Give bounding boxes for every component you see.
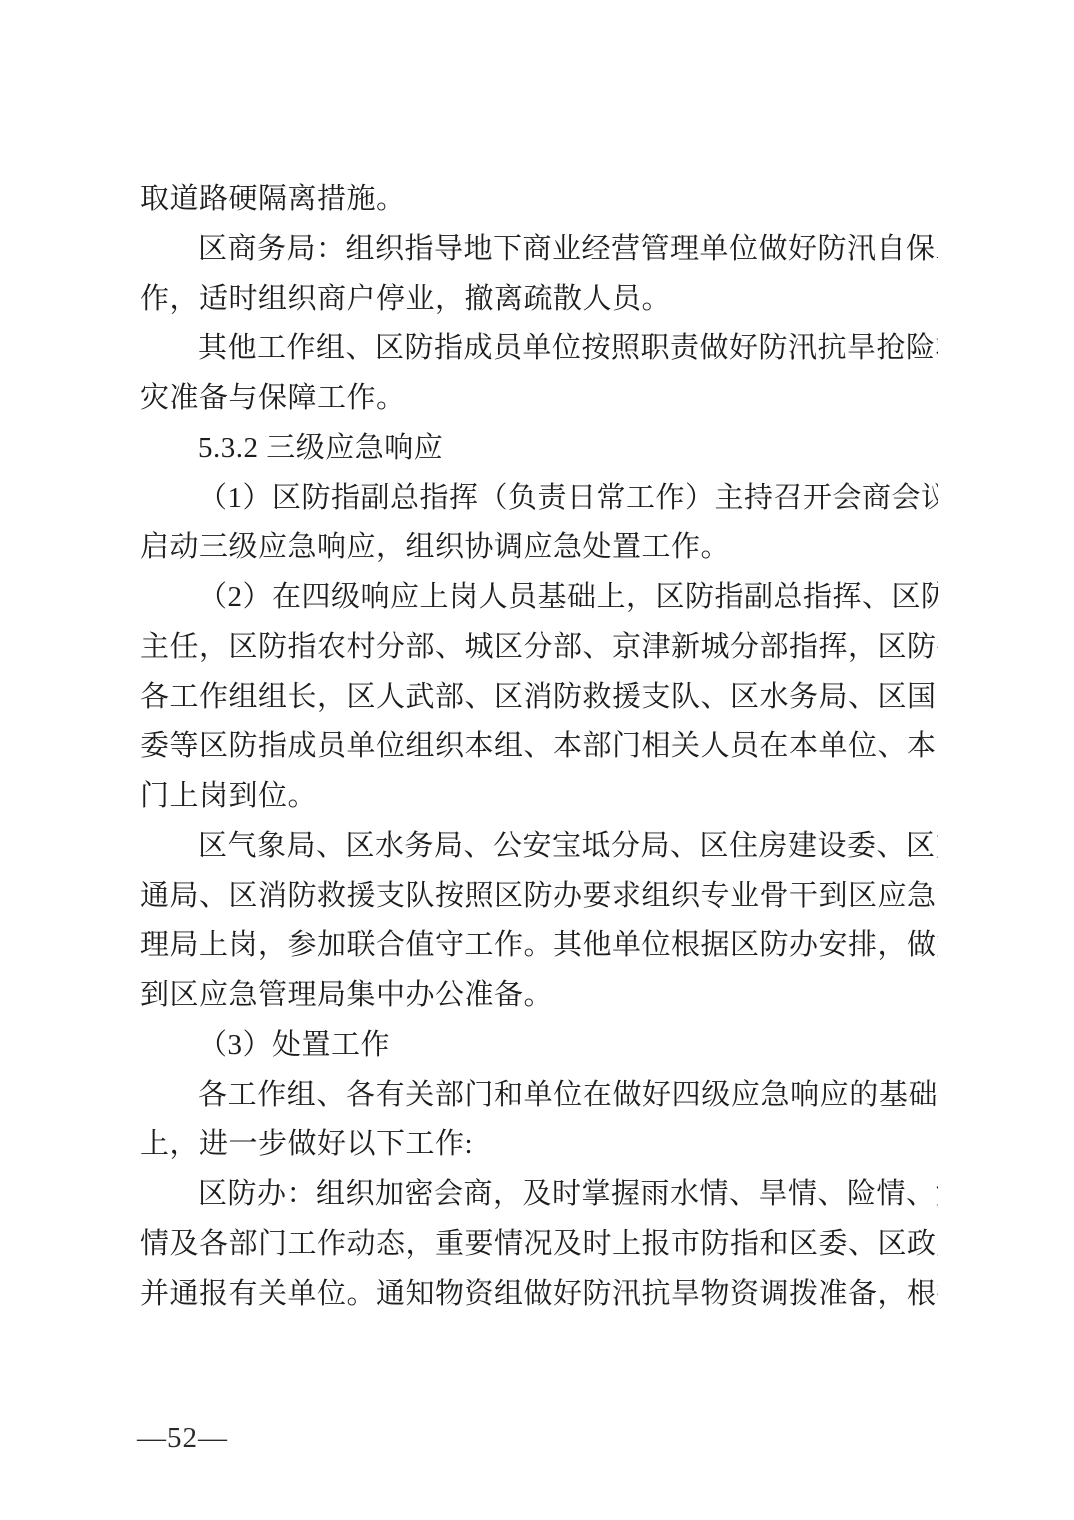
text-line: 委等区防指成员单位组织本组、本部门相关人员在本单位、本部 (140, 722, 938, 772)
document-page: 取道路硬隔离措施。 区商务局：组织指导地下商业经营管理单位做好防汛自保工 作，适… (0, 0, 1074, 1520)
text-line: 并通报有关单位。通知物资组做好防汛抗旱物资调拨准备，根据 (140, 1270, 938, 1320)
text-line: 到区应急管理局集中办公准备。 (140, 971, 938, 1021)
text-line: 情及各部门工作动态，重要情况及时上报市防指和区委、区政府， (140, 1220, 938, 1270)
text-block: 取道路硬隔离措施。 区商务局：组织指导地下商业经营管理单位做好防汛自保工 作，适… (140, 175, 938, 1319)
text-line: 取道路硬隔离措施。 (140, 175, 938, 225)
text-line: 各工作组组长，区人武部、区消防救援支队、区水务局、区国资 (140, 673, 938, 723)
text-line: 门上岗到位。 (140, 772, 938, 822)
text-line: 理局上岗，参加联合值守工作。其他单位根据区防办安排，做好 (140, 921, 938, 971)
text-line: 区防办：组织加密会商，及时掌握雨水情、旱情、险情、灾 (140, 1170, 938, 1220)
text-line: 通局、区消防救援支队按照区防办要求组织专业骨干到区应急管 (140, 872, 938, 922)
page-number: —52— (137, 1422, 228, 1454)
section-heading-5-3-2: 5.3.2 三级应急响应 (140, 424, 938, 474)
list-item-heading: （3）处置工作 (140, 1021, 938, 1071)
text-line: 各工作组、各有关部门和单位在做好四级应急响应的基础 (140, 1071, 938, 1121)
text-line: 区气象局、区水务局、公安宝坻分局、区住房建设委、区交 (140, 822, 938, 872)
text-line: 启动三级应急响应，组织协调应急处置工作。 (140, 523, 938, 573)
text-line: 其他工作组、区防指成员单位按照职责做好防汛抗旱抢险救 (140, 324, 938, 374)
text-line: 上，进一步做好以下工作: (140, 1120, 938, 1170)
text-line: 作，适时组织商户停业，撤离疏散人员。 (140, 275, 938, 325)
text-line: 灾准备与保障工作。 (140, 374, 938, 424)
text-line: 主任，区防指农村分部、城区分部、京津新城分部指挥，区防指 (140, 623, 938, 673)
text-line: 区商务局：组织指导地下商业经营管理单位做好防汛自保工 (140, 225, 938, 275)
text-line: （2）在四级响应上岗人员基础上，区防指副总指挥、区防办 (140, 573, 938, 623)
text-line: （1）区防指副总指挥（负责日常工作）主持召开会商会议， (140, 474, 938, 524)
